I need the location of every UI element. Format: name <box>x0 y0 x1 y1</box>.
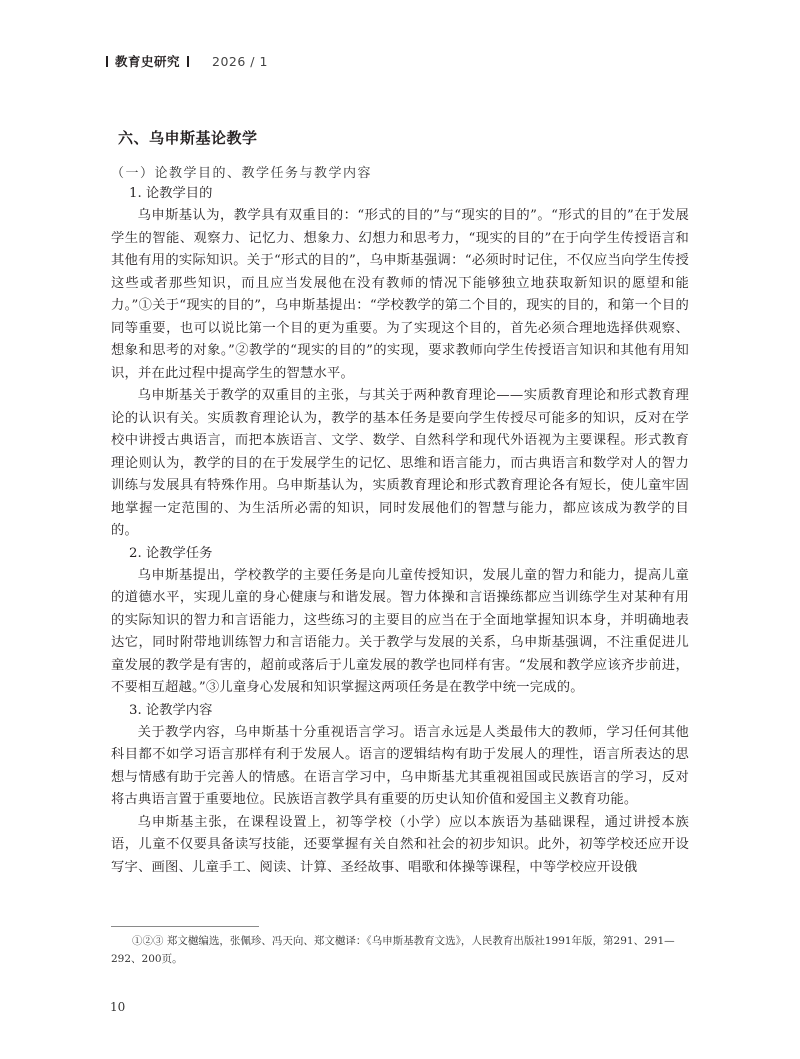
footnote-divider <box>111 926 259 927</box>
paragraph: 乌申斯基主张，在课程设置上，初等学校（小学）应以本族语为基础课程，通过讲授本族语… <box>111 812 689 880</box>
issue-number: 2026 / 1 <box>212 54 268 69</box>
section-title: 六、乌申斯基论教学 <box>118 127 689 148</box>
paragraph: 乌申斯基认为，教学具有双重目的：“形式的目的”与“现实的目的”。“形式的目的”在… <box>111 205 689 385</box>
heading-teaching-aims: 1. 论教学目的 <box>111 183 689 205</box>
paragraph: 关于教学内容，乌申斯基十分重视语言学习。语言永远是人类最伟大的教师，学习任何其他… <box>111 722 689 812</box>
header-bar-left <box>106 56 108 67</box>
paragraph: 乌申斯基提出，学校教学的主要任务是向儿童传授知识，发展儿童的智力和能力，提高儿童… <box>111 565 689 700</box>
paragraph: 乌申斯基关于教学的双重目的主张，与其关于两种教育理论——实质教育理论和形式教育理… <box>111 385 689 543</box>
header-bar-right <box>187 56 189 67</box>
heading-teaching-tasks: 2. 论教学任务 <box>111 543 689 565</box>
heading-teaching-content: 3. 论教学内容 <box>111 700 689 722</box>
journal-title: 教育史研究 <box>115 52 180 70</box>
article-body: 六、乌申斯基论教学 （一）论教学目的、教学任务与教学内容 1. 论教学目的 乌申… <box>111 127 689 879</box>
subsection-title: （一）论教学目的、教学任务与教学内容 <box>111 162 689 181</box>
footnote: ①②③ 郑文樾编选，张佩珍、冯天向、郑文樾译：《乌申斯基教育文选》，人民教育出版… <box>111 932 689 968</box>
page-number: 10 <box>110 1000 125 1014</box>
running-header: 教育史研究 2026 / 1 <box>106 52 268 70</box>
